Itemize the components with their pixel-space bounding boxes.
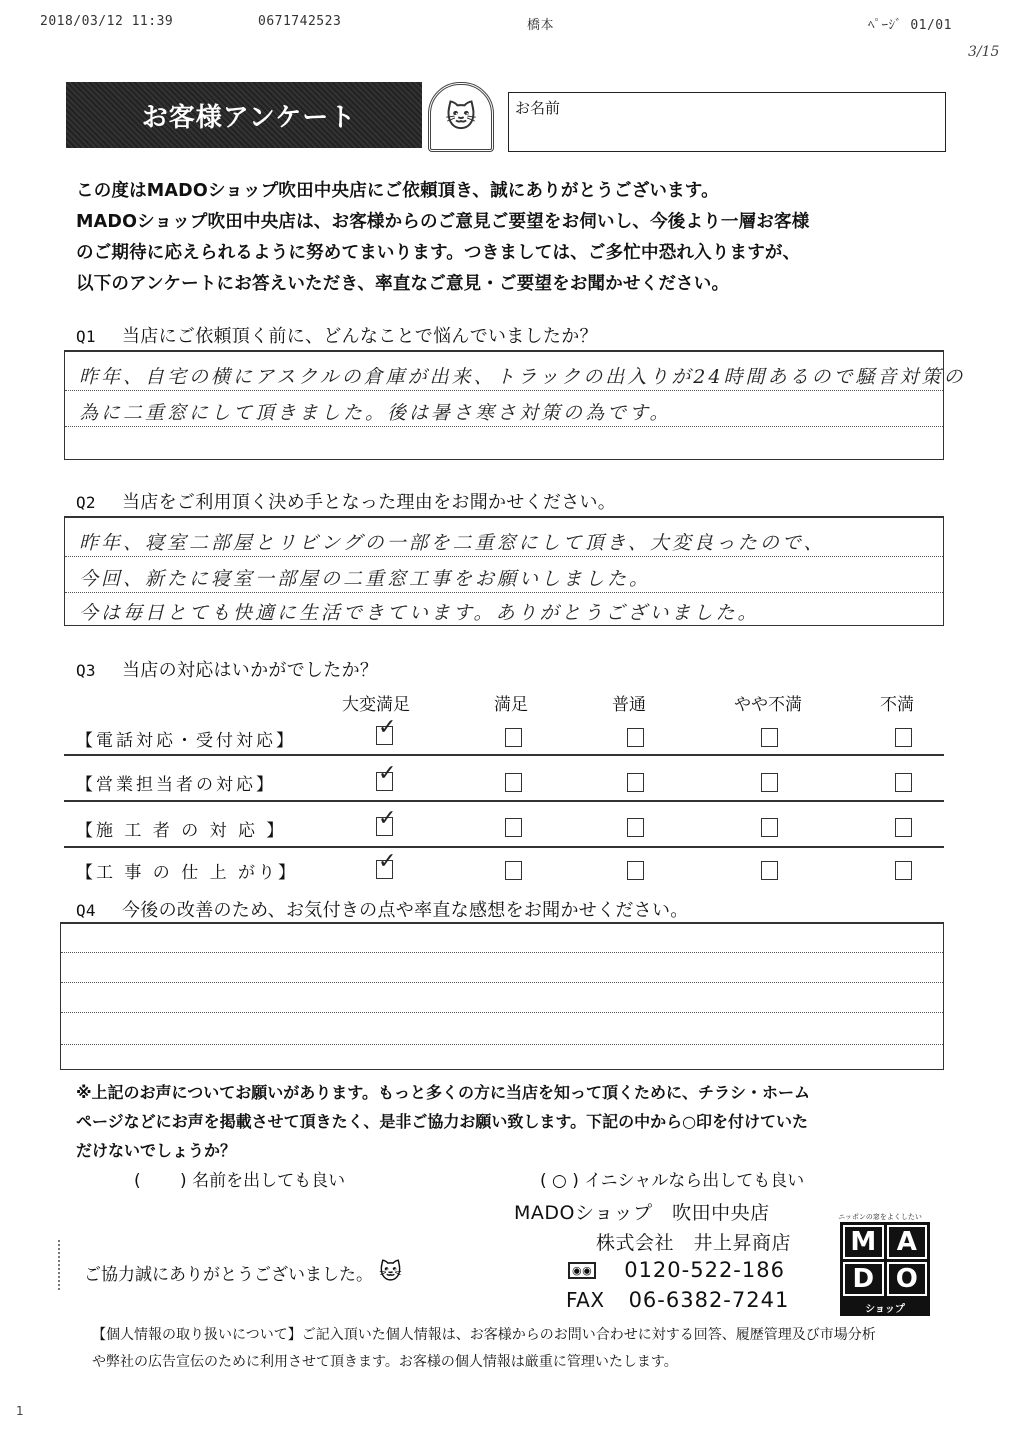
q1-answer-box[interactable]: 昨年、自宅の横にアスクルの倉庫が出来、トラックの出入りが24時間あるので騒音対策… <box>64 350 944 460</box>
fax-page: ﾍﾟｰｼﾞ 01/01 <box>868 14 952 33</box>
thanks-text: ご協力誠にありがとうございました。 <box>84 1260 373 1285</box>
intro-line: MADOショップ吹田中央店は、お客様からのご意見ご要望をお伺いし、今後より一層お… <box>76 207 956 238</box>
q3-sales-satisfied-checkbox[interactable] <box>505 773 522 792</box>
consent-option-initials[interactable]: ( ○ ) イニシャルなら出しても良い <box>540 1166 804 1191</box>
q3-sales-neutral-checkbox[interactable] <box>627 773 644 792</box>
shop-phone: 0120-522-186 <box>624 1258 785 1282</box>
consent-initials-mark[interactable]: ( ○ ) <box>540 1171 579 1191</box>
logo-sub: ショップ <box>840 1299 930 1316</box>
q2-answer-line: 昨年、寝室二部屋とリビングの一部を二重窓にして頂き、大変良ったので、 <box>79 528 825 555</box>
q1-answer-line: 昨年、自宅の横にアスクルの倉庫が出来、トラックの出入りが24時間あるので騒音対策… <box>79 362 965 389</box>
free-dial-icon: ◉◉ <box>568 1262 596 1279</box>
q3-number: Q3 <box>76 661 122 680</box>
q3-finish-dissatisfied-checkbox[interactable] <box>895 861 912 880</box>
row-divider <box>64 846 944 848</box>
q2-answer-line: 今回、新たに寝室一部屋の二重窓工事をお願いしました。 <box>79 564 651 591</box>
q1-answer-line: 為に二重窓にして頂きました。後は暑さ寒さ対策の為です。 <box>79 398 671 425</box>
q3-finish-satisfied-checkbox[interactable] <box>505 861 522 880</box>
q3-finish-neutral-checkbox[interactable] <box>627 861 644 880</box>
intro-line: 以下のアンケートにお答えいただき、率直なご意見・ご要望をお聞かせください。 <box>76 269 956 300</box>
shop-fax-row: FAX 06-6382-7241 <box>566 1288 789 1312</box>
privacy-line: 【個人情報の取り扱いについて】ご記入頂いた個人情報は、お客様からのお問い合わせに… <box>92 1322 952 1349</box>
q3-sales-very-satisfied-checkbox[interactable] <box>376 772 393 791</box>
q3-installer-very-satisfied-checkbox[interactable] <box>376 817 393 836</box>
intro-line: この度はMADOショップ吹田中央店にご依頼頂き、誠にありがとうございます。 <box>76 176 956 207</box>
name-field[interactable]: お名前 <box>508 92 946 152</box>
q3-col-satisfied: 満足 <box>494 690 528 715</box>
intro-line: のご期待に応えられるように努めてまいります。つきましては、ご多忙中恐れ入りますが… <box>76 238 956 269</box>
fax-recipient: 橋本 <box>527 14 554 33</box>
q3-phone-somewhat-dissatisfied-checkbox[interactable] <box>761 728 778 747</box>
ruled-line <box>61 982 943 983</box>
ruled-line <box>61 952 943 953</box>
q4-question: 今後の改善のため、お気付きの点や率直な感想をお聞かせください。 <box>122 900 689 921</box>
ruled-line <box>65 390 943 391</box>
q3-row-label-installer: 【施 工 者 の 対 応 】 <box>76 816 286 841</box>
consent-name-label: 名前を出しても良い <box>192 1171 345 1191</box>
q4-number: Q4 <box>76 901 122 920</box>
notice-line: ページなどにお声を掲載させて頂きたく、是非ご協力お願い致します。下記の中から○印… <box>76 1107 956 1136</box>
shop-company: 株式会社 井上昇商店 <box>596 1228 791 1255</box>
ruled-line <box>65 556 943 557</box>
q3-col-very-satisfied: 大変満足 <box>342 690 410 715</box>
q3-col-dissatisfied: 不満 <box>880 690 914 715</box>
page-mark: 1 <box>16 1404 24 1418</box>
row-divider <box>64 800 944 802</box>
logo-letter: A <box>887 1225 928 1259</box>
logo-letter: D <box>843 1262 884 1296</box>
cat-icon: 🐱 <box>379 1260 402 1285</box>
consent-option-name[interactable]: ( ) 名前を出しても良い <box>134 1166 345 1191</box>
q3-row-label-finish: 【工 事 の 仕 上 がり】 <box>76 858 298 883</box>
q2-answer-line: 今は毎日とても快適に生活できています。ありがとうございました。 <box>79 598 759 625</box>
fax-datetime: 2018/03/12 11:39 <box>40 14 173 29</box>
intro-text: この度はMADOショップ吹田中央店にご依頼頂き、誠にありがとうございます。 MA… <box>76 176 956 300</box>
margin-marks <box>58 1240 60 1290</box>
consent-name-mark[interactable]: ( ) <box>134 1171 187 1191</box>
shop-phone-row: ◉◉ 0120-522-186 <box>568 1258 785 1282</box>
publication-request-notice: ※上記のお声についてお願いがあります。もっと多くの方に当店を知って頂くために、チ… <box>76 1078 956 1165</box>
q3-phone-neutral-checkbox[interactable] <box>627 728 644 747</box>
q1-number: Q1 <box>76 327 122 346</box>
q2-question: 当店をご利用頂く決め手となった理由をお聞かせください。 <box>122 492 616 513</box>
fax-label: FAX <box>566 1288 605 1312</box>
q3-phone-very-satisfied-checkbox[interactable] <box>376 726 393 745</box>
shop-fax: 06-6382-7241 <box>629 1288 790 1312</box>
shop-name: MADOショップ 吹田中央店 <box>514 1198 770 1225</box>
q3-installer-neutral-checkbox[interactable] <box>627 818 644 837</box>
q3-row-label-phone: 【電話対応・受付対応】 <box>76 726 296 751</box>
cat-window-icon: 🐱 <box>428 82 494 152</box>
q3-col-neutral: 普通 <box>612 690 646 715</box>
consent-initials-label: イニシャルなら出しても良い <box>584 1171 804 1191</box>
privacy-notice: 【個人情報の取り扱いについて】ご記入頂いた個人情報は、お客様からのお問い合わせに… <box>92 1322 952 1376</box>
q4-title: Q4今後の改善のため、お気付きの点や率直な感想をお聞かせください。 <box>76 896 689 922</box>
q1-question: 当店にご依頼頂く前に、どんなことで悩んでいましたか？ <box>122 326 598 347</box>
logo-letters: M A D O <box>840 1222 930 1299</box>
ruled-line <box>61 1012 943 1013</box>
q3-installer-satisfied-checkbox[interactable] <box>505 818 522 837</box>
ruled-line <box>61 1044 943 1045</box>
notice-line: だけないでしょうか？ <box>76 1136 956 1165</box>
q1-title: Q1当店にご依頼頂く前に、どんなことで悩んでいましたか？ <box>76 322 598 348</box>
notice-line: ※上記のお声についてお願いがあります。もっと多くの方に当店を知って頂くために、チ… <box>76 1078 956 1107</box>
logo-tagline: ニッポンの窓をよくしたい <box>826 1212 934 1222</box>
q2-title: Q2当店をご利用頂く決め手となった理由をお聞かせください。 <box>76 488 616 514</box>
row-divider <box>64 754 944 756</box>
q2-number: Q2 <box>76 493 122 512</box>
privacy-line: や弊社の広告宣伝のために利用させて頂きます。お客様の個人情報は厳重に管理いたしま… <box>92 1349 952 1376</box>
logo-letter: M <box>843 1225 884 1259</box>
fax-number: 0671742523 <box>258 14 341 29</box>
q3-finish-very-satisfied-checkbox[interactable] <box>376 860 393 879</box>
q3-sales-dissatisfied-checkbox[interactable] <box>895 773 912 792</box>
q3-question: 当店の対応はいかがでしたか？ <box>122 660 378 681</box>
q3-title: Q3当店の対応はいかがでしたか？ <box>76 656 378 682</box>
ruled-line <box>65 592 943 593</box>
q3-phone-dissatisfied-checkbox[interactable] <box>895 728 912 747</box>
q3-installer-somewhat-dissatisfied-checkbox[interactable] <box>761 818 778 837</box>
ruled-line <box>65 426 943 427</box>
q4-answer-box[interactable] <box>60 922 944 1070</box>
q3-row-label-sales: 【営業担当者の対応】 <box>76 770 276 795</box>
q3-col-somewhat-dissatisfied: やや不満 <box>734 690 802 715</box>
q3-sales-somewhat-dissatisfied-checkbox[interactable] <box>761 773 778 792</box>
mado-shop-logo: ニッポンの窓をよくしたい M A D O ショップ <box>826 1212 934 1316</box>
handwritten-date-note: 3/15 <box>968 44 999 60</box>
name-field-label: お名前 <box>515 97 560 118</box>
survey-title: お客様アンケート <box>142 97 356 134</box>
q3-installer-dissatisfied-checkbox[interactable] <box>895 818 912 837</box>
thanks-row: ご協力誠にありがとうございました。 🐱 <box>84 1260 402 1285</box>
q3-phone-satisfied-checkbox[interactable] <box>505 728 522 747</box>
q3-finish-somewhat-dissatisfied-checkbox[interactable] <box>761 861 778 880</box>
q2-answer-box[interactable]: 昨年、寝室二部屋とリビングの一部を二重窓にして頂き、大変良ったので、 今回、新た… <box>64 516 944 626</box>
survey-title-banner: お客様アンケート <box>66 82 422 148</box>
logo-letter: O <box>887 1262 928 1296</box>
